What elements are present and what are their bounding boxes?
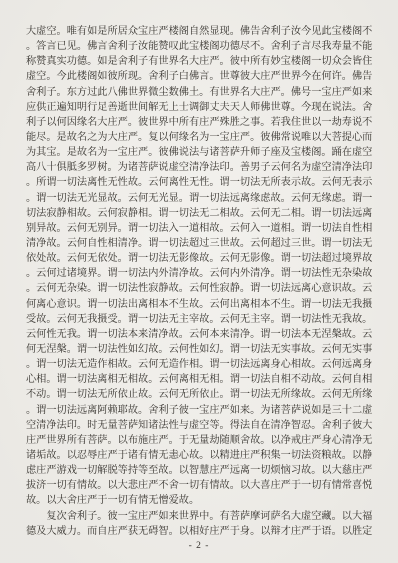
text-line: 利子以何因缘名大庄严。彼世界中所有庄严殊胜之事。若我住世以一劫寿说不 — [26, 115, 374, 130]
text-line: 拔济一切有情故。以大悲庄严不舍一切有情故。以大喜庄严于一切有情常喜悦 — [26, 478, 374, 493]
text-line: 。云何无杂染。谓一切法性寂静故。云何性寂静。谓一切法远离心意识故。云 — [26, 281, 374, 296]
text-line: 空清净法印。时无量菩萨知诸法性与虚空等。得法自在清净智忍。舍利子彼大 — [26, 418, 374, 433]
text-line: 依处故。云何无依处。谓一切法无影像故。云何无影像。谓一切法超过境界故 — [26, 251, 374, 266]
text-line: 能尽。是故名之为大庄严。复以何缘名为一宝庄严。彼佛常说唯以大菩提心而 — [26, 130, 374, 145]
text-line: 诸垢故。以忍辱庄严于诸有情无恚心故。以精进庄严积集一切法资粮故。以静 — [26, 448, 374, 463]
text-line: 清净故。云何自性相清净。谓一切法超过三世故。云何超过三世。谓一切法无 — [26, 236, 374, 251]
text-line: 。答言已见。佛言舍利子汝能赞叹此宝楼阁功德尽不。舍利子言尽我寿量不能 — [26, 39, 374, 54]
text-line: 别异故。云何无别异。谓一切法入一道相故。云何入一道相。谓一切法自性相 — [26, 221, 374, 236]
text-line: 德及大威力。而自庄严获无碍智。以相好庄严于身。以辩才庄严于语。以胜定 — [26, 524, 374, 539]
text-line: 大虚空。唯有如是所居众宝庄严楼阁自然显现。佛告舍利子汝今见此宝楼阁不 — [26, 24, 374, 39]
text-line: 心相。谓一切法离相无相故。云何离相无相。谓一切法自相不动故。云何自相 — [26, 372, 374, 387]
text-line: 何离心意识。谓一切法出离相本不生故。云何出离相本不生。谓一切法无我摄 — [26, 297, 374, 312]
text-line: 应供正遍知明行足善逝世间解无上士调御丈夫天人师佛世尊。今现在说法。舍 — [26, 100, 374, 115]
text-line: 舍利子。东方过此八佛世界微尘数佛土。有世界名大庄严。佛号一宝庄严如来 — [26, 85, 374, 100]
page-number: - 2 - — [0, 540, 398, 552]
text-line: 。云何过诸境界。谓一切法内外清净故。云何内外清净。谓一切法性无杂染故 — [26, 266, 374, 281]
text-line: 不动。谓一切法无所依止故。云何无所依止。谓一切法无所缘故。云何无所缘 — [26, 387, 374, 402]
text-line: 。谓一切法无光显故。云何无光显。谓一切法远离缘虑故。云何无缘虑。谓一 — [26, 191, 374, 206]
text-line: 称赞真实功德。如是舍利子有世界名大庄严。彼中所有妙宝楼阁一切众会皆住 — [26, 54, 374, 69]
text-line: 何无涅槃。谓一切法性如幻故。云何性如幻。谓一切法无实事故。云何无实事 — [26, 342, 374, 357]
text-line: 高八十俱胝多罗树。为诸菩萨说虚空清净法印。善男子云何名为虚空清净法印 — [26, 160, 374, 175]
text-line: 故。以大舍庄严于一切有情无憎爱故。 — [26, 493, 374, 508]
text-line: 。谓一切法远离阿赖耶故。舍利子彼一宝庄严如来。为诸菩萨说如是三十二虚 — [26, 403, 374, 418]
text-line: 庄严世界所有菩萨。以布施庄严。于无量劫随顺舍故。以净戒庄严身心清净无 — [26, 433, 374, 448]
text-line: 为其宝。是故名为一宝庄严。彼佛说法与诸菩萨升师子座及宝楼阁。踊在虚空 — [26, 145, 374, 160]
sutra-text-block: 大虚空。唯有如是所居众宝庄严楼阁自然显现。佛告舍利子汝今见此宝楼阁不。答言已见。… — [26, 24, 374, 539]
text-line: 。谓一切法无造作相故。云何无造作相。谓一切法远离身心相故。云何远离身 — [26, 357, 374, 372]
text-line: 云何性无我。谓一切法本来清净故。云何本来清净。谓一切法本无涅槃故。云 — [26, 327, 374, 342]
text-line: 复次舍利子。彼一宝庄严如来世界中。有菩萨摩诃萨名大虚空藏。以大福 — [26, 509, 374, 524]
text-line: 虑庄严游戏一切解脱等持等至故。以智慧庄严远离一切烦恼习故。以大慈庄严 — [26, 463, 374, 478]
text-line: 受故。云何无我摄受。谓一切法无主宰故。云何无主宰。谓一切法性无我故。 — [26, 312, 374, 327]
text-line: 。所谓一切法离性无性故。云何离性无性。谓一切法无所表示故。云何无表示 — [26, 175, 374, 190]
text-line: 虚空。今此楼阁如彼所现。舍利子白佛言。世尊彼大庄严世界今在何许。佛告 — [26, 69, 374, 84]
text-line: 切法寂静相故。云何寂静相。谓一切法无二相故。云何无二相。谓一切法远离 — [26, 206, 374, 221]
document-page: 大虚空。唯有如是所居众宝庄严楼阁自然显现。佛告舍利子汝今见此宝楼阁不。答言已见。… — [0, 0, 398, 563]
